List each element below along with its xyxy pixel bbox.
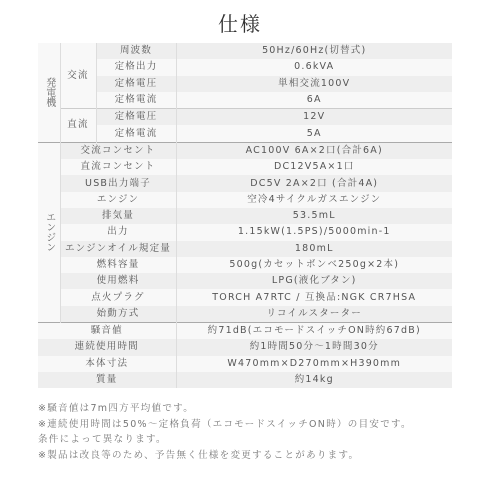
row-value: DC12V5A×1口	[176, 159, 452, 175]
row-value: リコイルスターター	[176, 306, 452, 323]
row-label: 点火プラグ	[60, 289, 176, 305]
footnote: ※連続使用時間は50%～定格負荷（エコモードスイッチON時）の目安です。	[38, 417, 458, 433]
footnote: ※製品は改良等のため、予告無く仕様を変更することがあります。	[38, 448, 458, 464]
row-value: 53.5mL	[176, 208, 452, 224]
row-value: 空冷4サイクルガスエンジン	[176, 192, 452, 208]
footnote: ※騒音値は7m四方平均値です。	[38, 401, 458, 417]
table-row: 点火プラグ TORCH A7RTC / 互換品:NGK CR7HSA	[38, 289, 452, 305]
footnotes: ※騒音値は7m四方平均値です。 ※連続使用時間は50%～定格負荷（エコモードスイ…	[38, 401, 458, 463]
table-row: 使用燃料 LPG(液化ブタン)	[38, 273, 452, 289]
table-row: 定格電流 5A	[38, 125, 452, 142]
row-label: 定格出力	[96, 59, 176, 75]
footnote: 条件によって異なります。	[38, 432, 458, 448]
table-row: 燃料容量 500g(カセットボンベ250g×2本)	[38, 257, 452, 273]
table-row: 本体寸法 W470mm×D270mm×H390mm	[38, 356, 452, 372]
row-value: 6A	[176, 92, 452, 109]
table-row: 定格電流 6A	[38, 92, 452, 109]
group-generator: 発電機	[38, 43, 60, 142]
row-value: TORCH A7RTC / 互換品:NGK CR7HSA	[176, 289, 452, 305]
table-row: エンジン 空冷4サイクルガスエンジン	[38, 192, 452, 208]
table-row: 直流 定格電圧 12V	[38, 109, 452, 126]
row-label: USB出力端子	[60, 175, 176, 191]
row-label: 排気量	[60, 208, 176, 224]
row-value: AC100V 6A×2口(合計6A)	[176, 142, 452, 159]
subgroup-ac: 交流	[60, 43, 96, 109]
row-label: 燃料容量	[60, 257, 176, 273]
row-label: 定格電流	[96, 92, 176, 109]
row-label: 周波数	[96, 43, 176, 59]
table-row: 騒音値 約71dB(エコモードスイッチON時約67dB)	[38, 323, 452, 340]
row-value: 単相交流100V	[176, 76, 452, 92]
table-row: 定格出力 0.6kVA	[38, 59, 452, 75]
table-row: 連続使用時間 約1時間50分～1時間30分	[38, 339, 452, 355]
table-row: USB出力端子 DC5V 2A×2口 (合計4A)	[38, 175, 452, 191]
row-label: 定格電圧	[96, 109, 176, 126]
row-value: 180mL	[176, 241, 452, 257]
table-row: 発電機 交流 周波数 50Hz/60Hz(切替式)	[38, 43, 452, 59]
row-label: 本体寸法	[38, 356, 176, 372]
row-label: 交流コンセント	[60, 142, 176, 159]
row-value: 約1時間50分～1時間30分	[176, 339, 452, 355]
table-row: エンジン 交流コンセント AC100V 6A×2口(合計6A)	[38, 142, 452, 159]
row-label: 質量	[38, 372, 176, 388]
table-row: 始動方式 リコイルスターター	[38, 306, 452, 323]
row-label: 連続使用時間	[38, 339, 176, 355]
table-row: 定格電圧 単相交流100V	[38, 76, 452, 92]
row-value: 12V	[176, 109, 452, 126]
table-row: 質量 約14kg	[38, 372, 452, 388]
row-value: 50Hz/60Hz(切替式)	[176, 43, 452, 59]
row-value: W470mm×D270mm×H390mm	[176, 356, 452, 372]
row-value: 0.6kVA	[176, 59, 452, 75]
row-label: 定格電流	[96, 125, 176, 142]
spec-table: 発電機 交流 周波数 50Hz/60Hz(切替式) 定格出力 0.6kVA 定格…	[38, 43, 452, 388]
row-label: 騒音値	[38, 323, 176, 340]
subgroup-dc: 直流	[60, 109, 96, 143]
row-label: 使用燃料	[60, 273, 176, 289]
row-value: 約71dB(エコモードスイッチON時約67dB)	[176, 323, 452, 340]
row-value: 1.15kW(1.5PS)/5000min-1	[176, 224, 452, 240]
row-label: エンジンオイル規定量	[60, 241, 176, 257]
row-label: エンジン	[60, 192, 176, 208]
table-row: 排気量 53.5mL	[38, 208, 452, 224]
table-row: 出力 1.15kW(1.5PS)/5000min-1	[38, 224, 452, 240]
row-value: 500g(カセットボンベ250g×2本)	[176, 257, 452, 273]
row-label: 直流コンセント	[60, 159, 176, 175]
row-value: 5A	[176, 125, 452, 142]
table-row: エンジンオイル規定量 180mL	[38, 241, 452, 257]
row-value: 約14kg	[176, 372, 452, 388]
row-label: 定格電圧	[96, 76, 176, 92]
row-value: LPG(液化ブタン)	[176, 273, 452, 289]
row-label: 出力	[60, 224, 176, 240]
row-value: DC5V 2A×2口 (合計4A)	[176, 175, 452, 191]
group-engine: エンジン	[38, 142, 60, 322]
page-title: 仕様	[0, 8, 480, 37]
table-row: 直流コンセント DC12V5A×1口	[38, 159, 452, 175]
row-label: 始動方式	[60, 306, 176, 323]
